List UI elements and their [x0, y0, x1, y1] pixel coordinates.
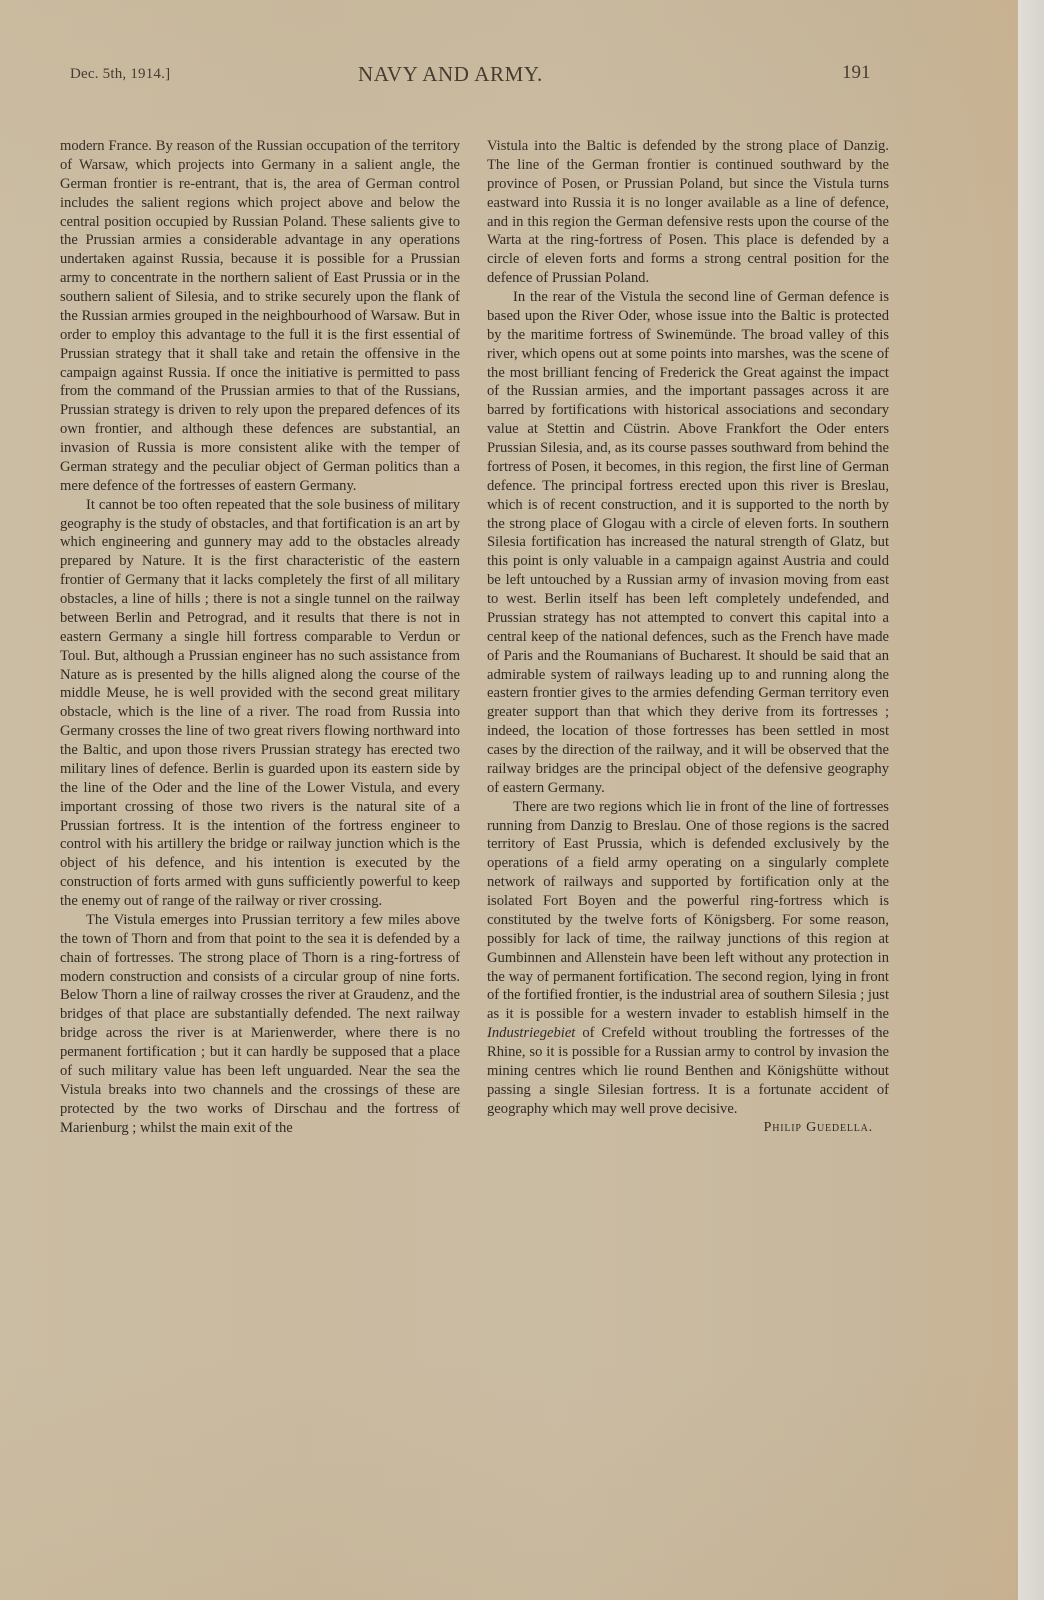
paragraph: There are two regions which lie in front…: [487, 798, 889, 1119]
scan-margin: [1018, 0, 1044, 1600]
publication-title: NAVY AND ARMY.: [358, 62, 543, 87]
italic-term: Industriegebiet: [487, 1025, 575, 1041]
newspaper-page: Dec. 5th, 1914.] NAVY AND ARMY. 191 mode…: [0, 0, 1018, 1600]
right-column: Vistula into the Baltic is defended by t…: [487, 137, 889, 1137]
paragraph: It cannot be too often repeated that the…: [60, 496, 460, 911]
paragraph: modern France. By reason of the Russian …: [60, 137, 460, 496]
page-number: 191: [842, 62, 871, 84]
paragraph: In the rear of the Vistula the second li…: [487, 288, 889, 798]
left-column: modern France. By reason of the Russian …: [60, 137, 460, 1137]
paragraph: Vistula into the Baltic is defended by t…: [487, 137, 889, 288]
author-signature: Philip Guedella.: [487, 1119, 889, 1138]
running-header: Dec. 5th, 1914.] NAVY AND ARMY. 191: [0, 62, 1018, 92]
paragraph: The Vistula emerges into Prussian territ…: [60, 911, 460, 1138]
paragraph-text: There are two regions which lie in front…: [487, 799, 889, 1023]
issue-date: Dec. 5th, 1914.]: [70, 66, 170, 83]
